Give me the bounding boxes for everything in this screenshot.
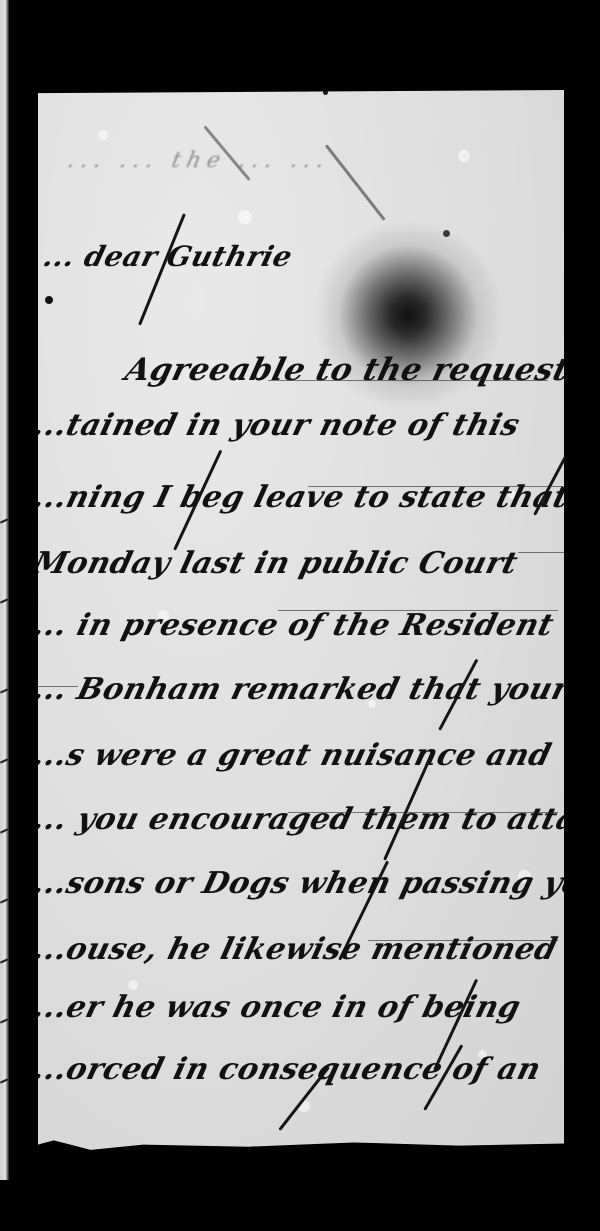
letter-line-2: ...tained in your note of this <box>30 408 524 443</box>
letter-line-8: ... you encouraged them to attack <box>30 802 600 837</box>
bleed-through-text: ... ... the ... ... <box>65 148 530 173</box>
letter-page: ... ... the ... ... ... dear Guthrie Agr… <box>38 90 564 1152</box>
ink-dot <box>45 296 53 304</box>
letter-line-1: Agreeable to the request <box>122 352 573 388</box>
letter-line-9: ...sons or Dogs when passing your <box>30 866 600 901</box>
letter-line-12: ...orced in consequence of an <box>30 1052 545 1087</box>
letter-line-6: ... Bonham remarked that your <box>30 672 573 707</box>
letter-line-5: ... in presence of the Resident <box>30 608 558 643</box>
letter-line-11: ...er he was once in of being <box>30 990 525 1025</box>
letter-line-7: ...s were a great nuisance and <box>30 738 555 773</box>
adjacent-page-edge <box>0 0 9 1180</box>
letter-line-10: ...ouse, he likewise mentioned the <box>30 932 600 967</box>
letter-line-4: Monday last in public Court <box>30 546 522 581</box>
